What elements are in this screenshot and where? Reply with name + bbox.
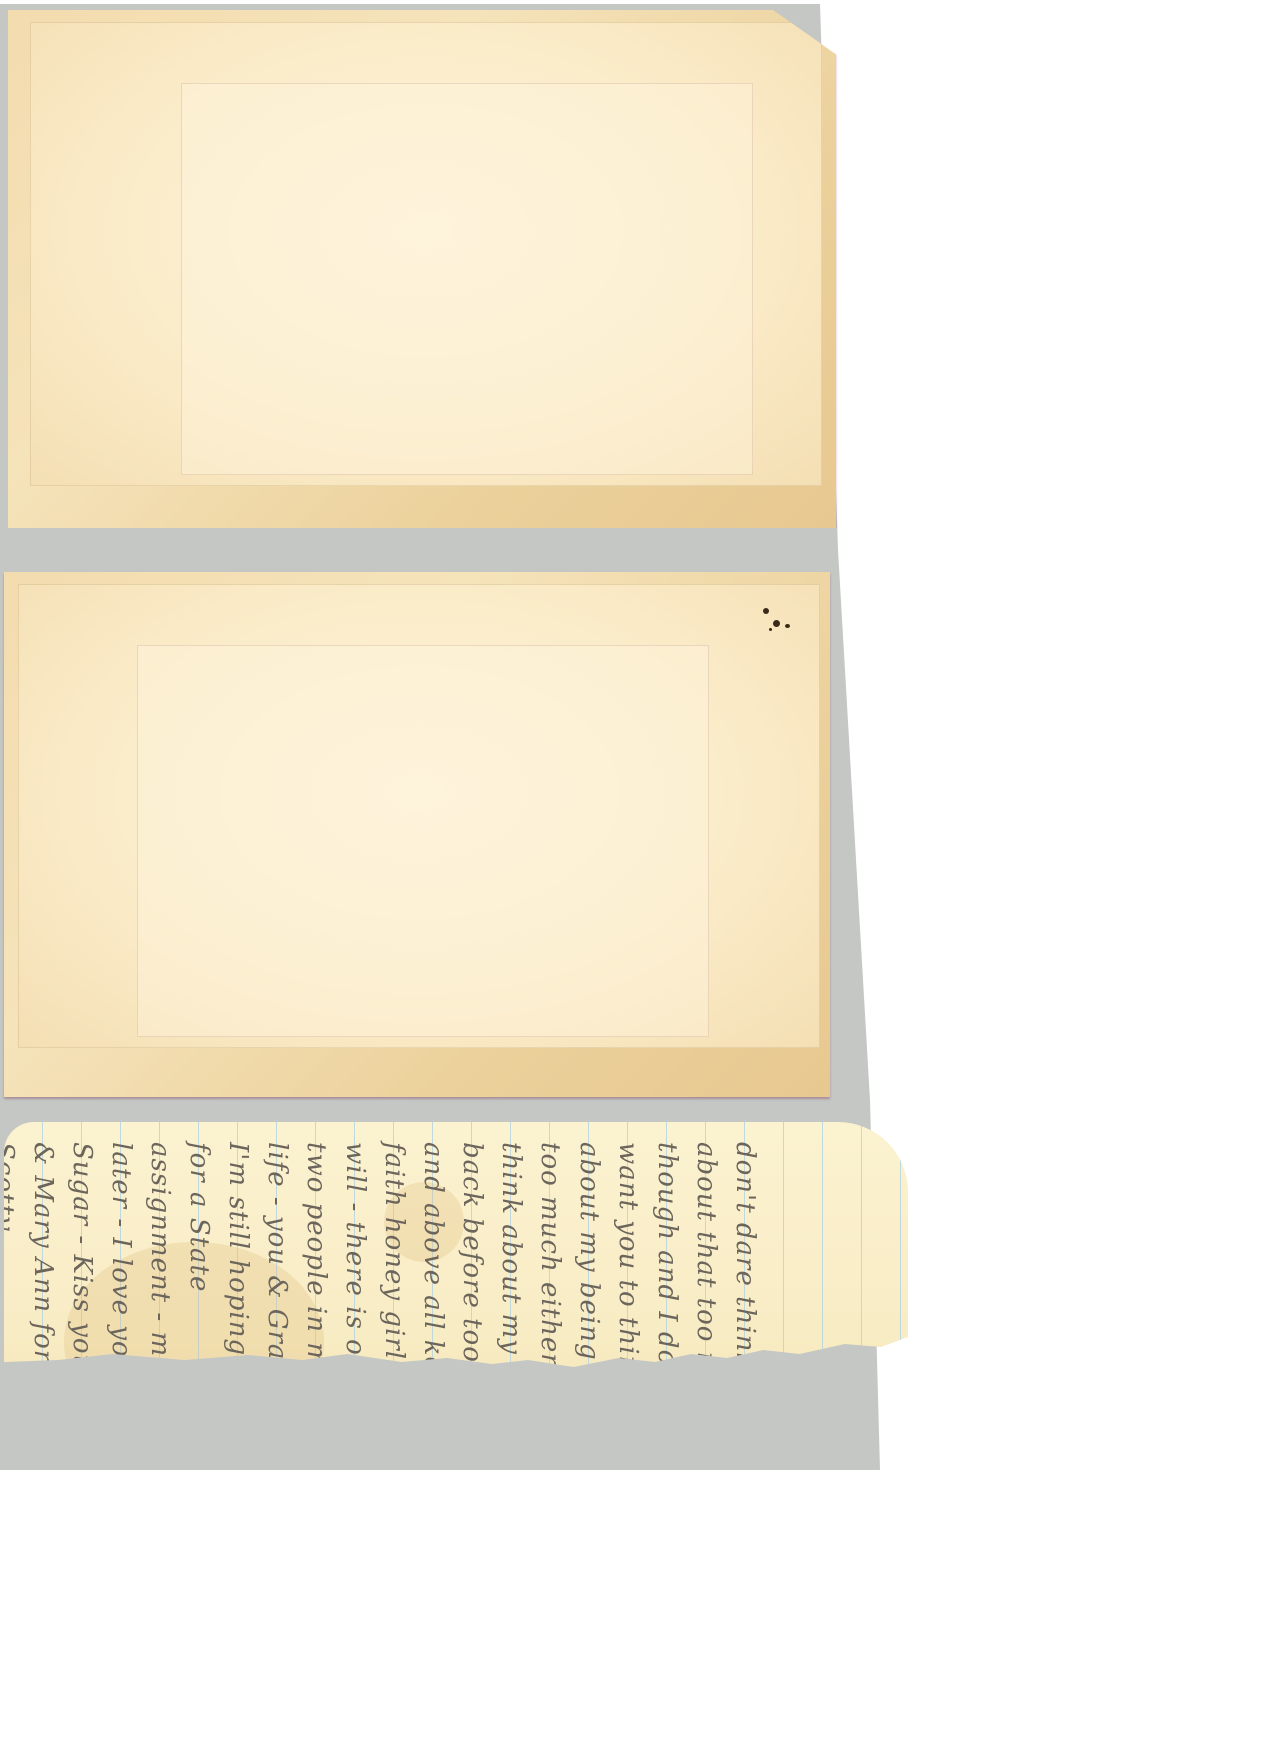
photo-window-outline (137, 645, 709, 1037)
card-mount-middle (4, 572, 830, 1097)
card-mount-inner-panel (30, 22, 822, 486)
card-mount-inner-panel (18, 584, 820, 1048)
card-mount-top (8, 10, 836, 528)
stain-spots (763, 608, 803, 638)
photo-window-outline (181, 83, 753, 475)
